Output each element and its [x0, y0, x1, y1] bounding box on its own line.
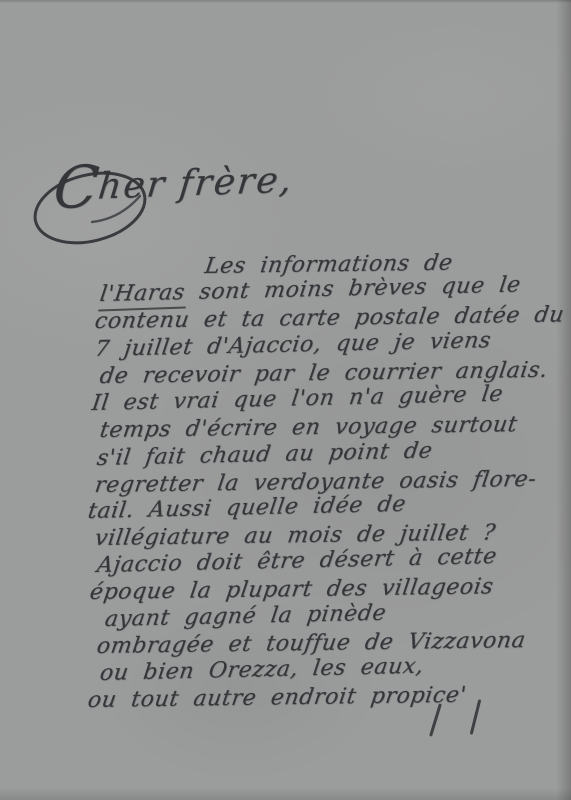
letter-line: temps d'écrire en voyage surtout	[98, 412, 519, 443]
salutation-initial: C	[50, 152, 102, 222]
pen-stroke	[429, 703, 442, 736]
pen-stroke	[470, 699, 482, 735]
letter-line: ou tout autre endroit propice'	[86, 683, 468, 713]
letter-line: ayant gagné la pinède	[103, 601, 388, 632]
salutation-rest: her frère,	[96, 160, 295, 208]
letter-line: ombragée et touffue de Vizzavona	[95, 628, 527, 659]
letter-line: époque la plupart des villageois	[88, 574, 495, 605]
salutation: Cher frère,	[52, 160, 296, 210]
letter-page: Cher frère, Les informations de l'Haras …	[0, 0, 571, 800]
letter-line: ou bien Orezza, les eaux,	[98, 654, 425, 686]
letter-line: s'il fait chaud au point de	[95, 438, 434, 471]
letter-line: l'Haras sont moins brèves que le	[98, 272, 522, 307]
